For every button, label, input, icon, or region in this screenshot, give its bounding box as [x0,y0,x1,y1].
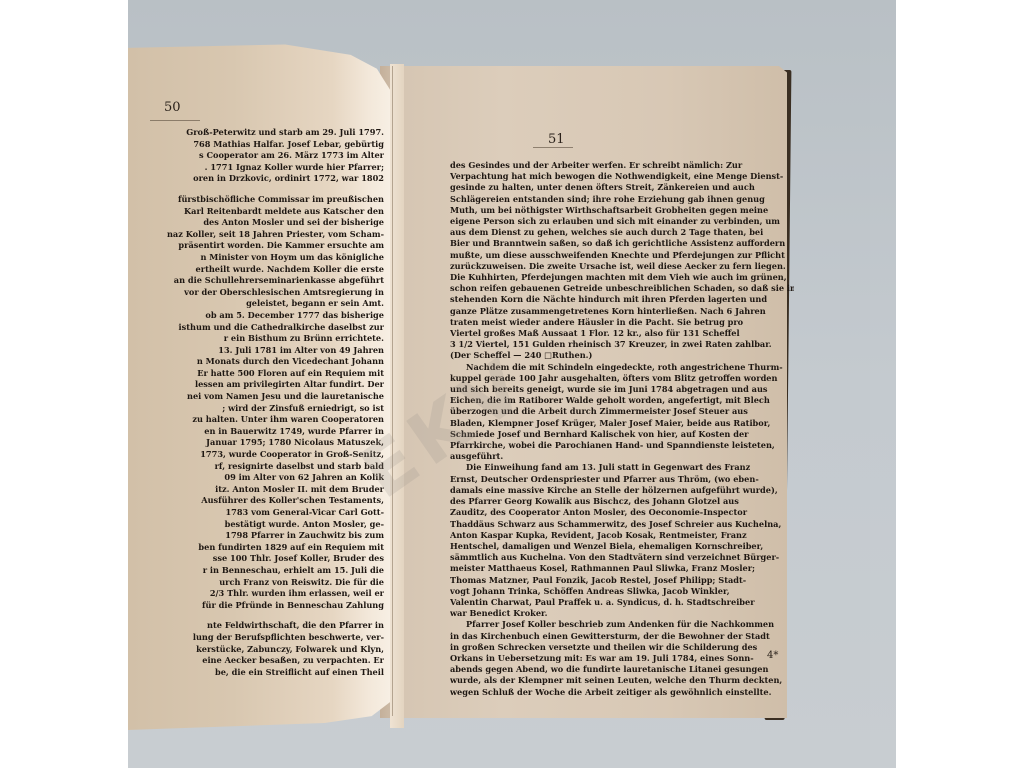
text-line: Hentschel, damaligen und Wenzel Biela, e… [450,541,794,552]
text-line: en in Bauerwitz 1749, wurde Pfarrer in [128,426,384,438]
text-line: n Monats durch den Vicedechant Johann [128,356,384,368]
text-line: eigene Person sich zu erlauben und sich … [450,216,794,227]
text-line: rf, resignirte daselbst und starb bald [128,461,384,473]
text-line: Karl Reitenbardt meldete aus Katscher de… [128,206,384,218]
text-line: Viertel großes Maß Aussaat 1 Flor. 12 kr… [450,328,794,339]
text-line: s Cooperator am 26. März 1773 im Alter [128,150,384,162]
text-line: ; wird der Zinsfuß erniedrigt, so ist [128,403,384,415]
text-line: Thomas Matzner, Paul Fonzik, Jacob Reste… [450,575,794,586]
text-line: Valentin Charwat, Paul Praffek u. a. Syn… [450,597,794,608]
text-line: Er hatte 500 Floren auf ein Requiem mit [128,368,384,380]
left-page-number: 50 [164,100,181,115]
text-line: Zauditz, des Cooperator Anton Mosler, de… [450,507,794,518]
text-line: ben fundirten 1829 auf ein Requiem mit [128,542,384,554]
text-line: Die Kuhhirten, Pferdejungen machten mit … [450,272,794,283]
paragraph-gap [128,185,384,194]
text-line: an die Schullehrerseminarienkasse abgefü… [128,275,384,287]
text-line: vogt Johann Trinka, Schöffen Andreas Sli… [450,586,794,597]
text-line: damals eine massive Kirche an Stelle der… [450,485,794,496]
text-line: des Gesindes und der Arbeiter werfen. Er… [450,160,794,171]
text-line: . 1771 Ignaz Koller wurde hier Pfarrer; [128,162,384,174]
text-line: Ernst, Deutscher Ordenspriester und Pfar… [450,474,794,485]
text-line: r ein Bisthum zu Brünn errichtete. [128,333,384,345]
text-line: be, die ein Streiflicht auf einen Theil [128,667,384,679]
text-line: zurückzuweisen. Die zweite Ursache ist, … [450,261,794,272]
text-line: urch Franz von Reiswitz. Die für die [128,577,384,589]
left-page-text: Groß-Peterwitz und starb am 29. Juli 179… [128,127,384,678]
text-line: Bier und Branntwein saßen, so daß ich ge… [450,238,794,249]
text-line: Muth, um bei nöthigster Wirthschaftsarbe… [450,205,794,216]
text-line: in das Kirchenbuch einen Gewittersturm, … [450,631,794,642]
text-line: wegen Schluß der Woche die Arbeit zeitig… [450,687,794,698]
text-line: oren in Drzkovic, ordinirt 1772, war 180… [128,173,384,185]
text-line: 09 im Alter von 62 Jahren an Kolik [128,472,384,484]
text-line: Groß-Peterwitz und starb am 29. Juli 179… [128,127,384,139]
text-line: lung der Berufspflichten beschwerte, ver… [128,632,384,644]
text-line: ob am 5. December 1777 das bisherige [128,310,384,322]
paragraph: Die Einweihung fand am 13. Juli statt in… [450,462,794,619]
text-line: geleistet, begann er sein Amt. [128,298,384,310]
text-line: sämmtlich aus Kuchelna. Von den Stadtvät… [450,552,794,563]
text-line: nei vom Namen Jesu und die lauretanische [128,391,384,403]
text-line: Ausführer des Koller'schen Testaments, [128,495,384,507]
left-header-rule [150,120,200,121]
book-photo: 50 51 Groß-Peterwitz und starb am 29. Ju… [128,0,896,768]
text-line: Verpachtung hat mich bewogen die Nothwen… [450,171,794,182]
text-line: des Pfarrer Georg Kowalik aus Bischcz, d… [450,496,794,507]
right-page-number: 51 [548,132,565,147]
text-line: zu halten. Unter ihm waren Cooperatoren [128,414,384,426]
text-line: ertheilt wurde. Nachdem Koller die erste [128,264,384,276]
text-line: wurde, als der Klempner mit seinen Leute… [450,675,794,686]
text-line: Anton Kaspar Kupka, Revident, Jacob Kosa… [450,530,794,541]
text-line: ausgeführt. [450,451,794,462]
text-line: 2/3 Thlr. wurden ihm erlassen, weil er [128,588,384,600]
gutter [392,66,393,716]
text-line: gesinde zu halten, unter denen öfters St… [450,182,794,193]
text-line: vor der Oberschlesischen Amtsregierung i… [128,287,384,299]
text-line: fürstbischöfliche Commissar im preußisch… [128,194,384,206]
text-line: n Minister von Hoym um das königliche [128,252,384,264]
text-line: 13. Juli 1781 im Alter von 49 Jahren [128,345,384,357]
text-line: schon reifen gebauenen Getreide unbeschr… [450,283,794,294]
text-line: kerstücke, Zabunczy, Folwarek und Klyn, [128,644,384,656]
text-line: 1798 Pfarrer in Zauchwitz bis zum [128,530,384,542]
text-line: naz Koller, seit 18 Jahren Priester, vom… [128,229,384,241]
paragraph: Pfarrer Josef Koller beschrieb zum Anden… [450,619,794,697]
text-line: isthum und die Cathedralkirche daselbst … [128,322,384,334]
text-line: war Benedict Kroker. [450,608,794,619]
text-line: sse 100 Thlr. Josef Koller, Bruder des [128,553,384,565]
text-line: Orkans in Uebersetzung mit: Es war am 19… [450,653,794,664]
text-line: 1783 vom General-Vicar Carl Gott- [128,507,384,519]
text-line: in großen Schrecken versetzte und theile… [450,642,794,653]
text-line: meister Matthaeus Kosel, Rathmannen Paul… [450,563,794,574]
text-line: nte Feldwirthschaft, die den Pfarrer in [128,620,384,632]
text-line: itz. Anton Mosler II. mit dem Bruder [128,484,384,496]
text-line: ganze Plätze zusammengetretenes Korn hin… [450,306,794,317]
text-line: mußte, um diese ausschweifenden Knechte … [450,250,794,261]
text-line: Pfarrkirche, wobei die Parochianen Hand-… [450,440,794,451]
text-line: für die Pfründe in Benneschau Zahlung [128,600,384,612]
text-line: Januar 1795; 1780 Nicolaus Matuszek, [128,437,384,449]
paragraph-gap [128,611,384,620]
text-line: Schlägereien entstanden sind; ihre rohe … [450,194,794,205]
signature-mark: 4* [767,650,778,661]
text-line: abends gegen Abend, wo die fundirte laur… [450,664,794,675]
text-line: präsentirt worden. Die Kammer ersuchte a… [128,240,384,252]
text-line: Die Einweihung fand am 13. Juli statt in… [450,462,794,473]
text-line: bestätigt wurde. Anton Mosler, ge- [128,519,384,531]
text-line: 1773, wurde Cooperator in Groß-Senitz, [128,449,384,461]
text-line: eine Aecker besaßen, zu verpachten. Er [128,655,384,667]
text-line: traten meist wieder andere Häusler in di… [450,317,794,328]
text-line: lessen am privilegirten Altar fundirt. D… [128,379,384,391]
text-line: 768 Mathias Halfar. Josef Lebar, gebürti… [128,139,384,151]
text-line: des Anton Mosler und sei der bisherige [128,217,384,229]
text-line: Pfarrer Josef Koller beschrieb zum Anden… [450,619,794,630]
text-line: stehenden Korn die Nächte hindurch mit i… [450,294,794,305]
text-line: aus dem Dienst zu gehen, welches sie auc… [450,227,794,238]
text-line: r in Benneschau, erhielt am 15. Juli die [128,565,384,577]
right-header-rule [533,147,573,148]
text-line: Thaddäus Schwarz aus Schammerwitz, des J… [450,519,794,530]
paragraph: des Gesindes und der Arbeiter werfen. Er… [450,160,794,362]
